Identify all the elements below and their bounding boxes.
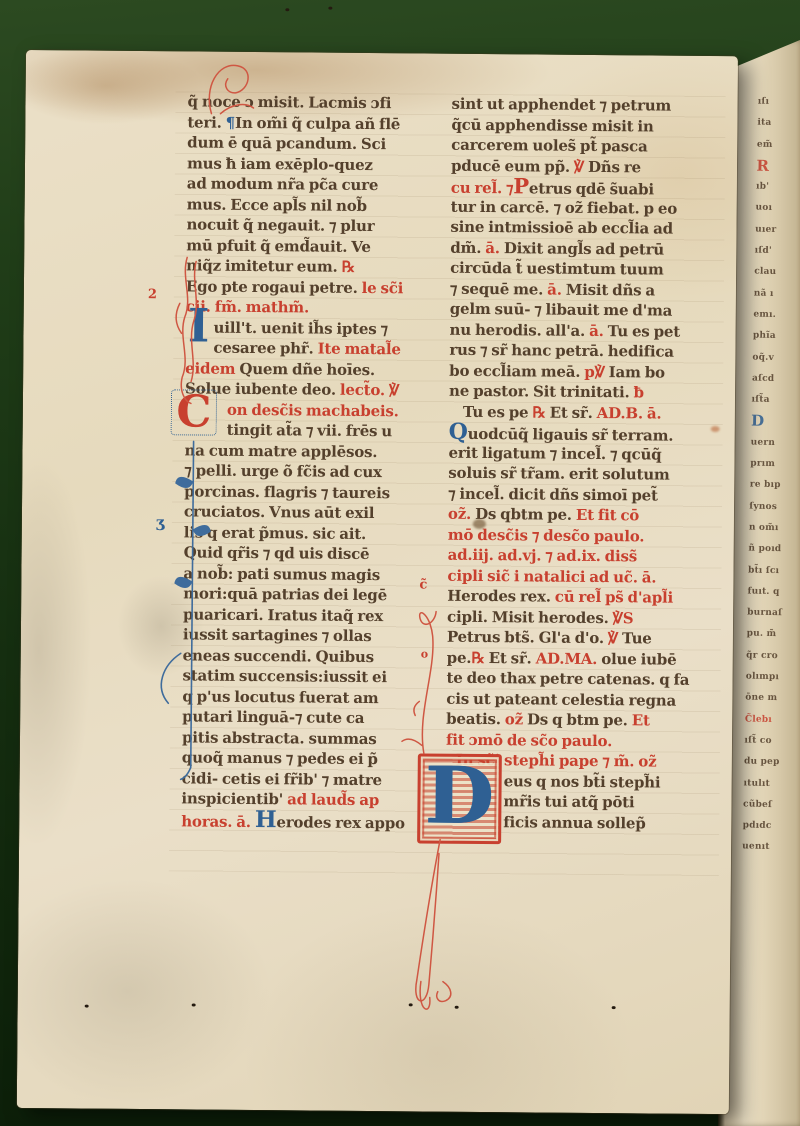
photograph-background: { "colors": { "ink": "#54402c", "red": "… [0,0,800,1126]
next-folio-text-fragment: ıſıitaem̃Rıb'uoıuıerıſd'claunã ıemı.phĩa… [742,92,800,860]
fore-edge-text-line: ſynos [749,496,797,518]
fore-edge-text-line: emı. [753,305,800,327]
fore-edge-text-line: fuıt. q [747,581,795,603]
fore-edge-text-line: pdıdc [742,816,790,838]
fore-edge-text-line: n om̃ı [749,517,797,539]
fore-edge-text-line: nã ı [754,283,800,305]
fore-edge-text-line: C̃lebı [745,709,793,731]
fore-edge-text-line: re bıp [750,475,798,497]
fore-edge-text-line: prım [750,454,798,476]
fore-edge-text-line: ıtulıt [743,773,791,795]
fore-edge-text-line: cũbeſ [743,794,791,816]
red-penwork [170,65,459,1009]
fore-edge-text-line: du pep [744,752,792,774]
fore-edge-text-line: em̃ [757,134,800,156]
fore-edge-text-line: bt̃ı ſcı [748,560,796,582]
fore-edge-text-line: phĩa [753,326,800,348]
penwork-flourish-overlay [17,50,738,1114]
fore-edge-text-line: R [756,155,800,177]
fore-edge-text-line: ñ poıd [748,539,796,561]
fore-edge-text-line: ıſt̃ co [744,730,792,752]
fore-edge-text-line: uenıt [742,837,790,859]
fore-edge-text-line: oq̃.v [752,347,800,369]
fore-edge-text-line: uern [750,432,798,454]
fore-edge-text-line: ōne m [745,688,793,710]
fore-edge-text-line: aſcd [752,368,800,390]
fore-edge-text-line: ita [757,113,800,135]
fore-edge-text-line: pu. m̃ [746,624,794,646]
fore-edge-text-line: ıſt̃a [751,390,799,412]
fore-edge-text-line: ıb' [756,177,800,199]
fore-edge-text-line: clau [754,262,800,284]
fore-edge-text-line: uıer [755,219,800,241]
fore-edge-text-line: burnaſ [747,603,795,625]
blue-penwork [161,441,212,779]
manuscript-page: q̃ noce ɔ misit. Lacmis ɔfiteri. ¶In om̃… [17,50,738,1114]
fore-edge-text-line: D [751,411,799,433]
speck [285,8,289,11]
fore-edge-text-line: olımpı [746,666,794,688]
fore-edge-text-line: ıſd' [754,241,800,263]
speck [328,7,332,10]
fore-edge-text-line: ıſı [758,92,800,114]
fore-edge-text-line: uoı [755,198,800,220]
fore-edge-text-line: q̃r cro [746,645,794,667]
